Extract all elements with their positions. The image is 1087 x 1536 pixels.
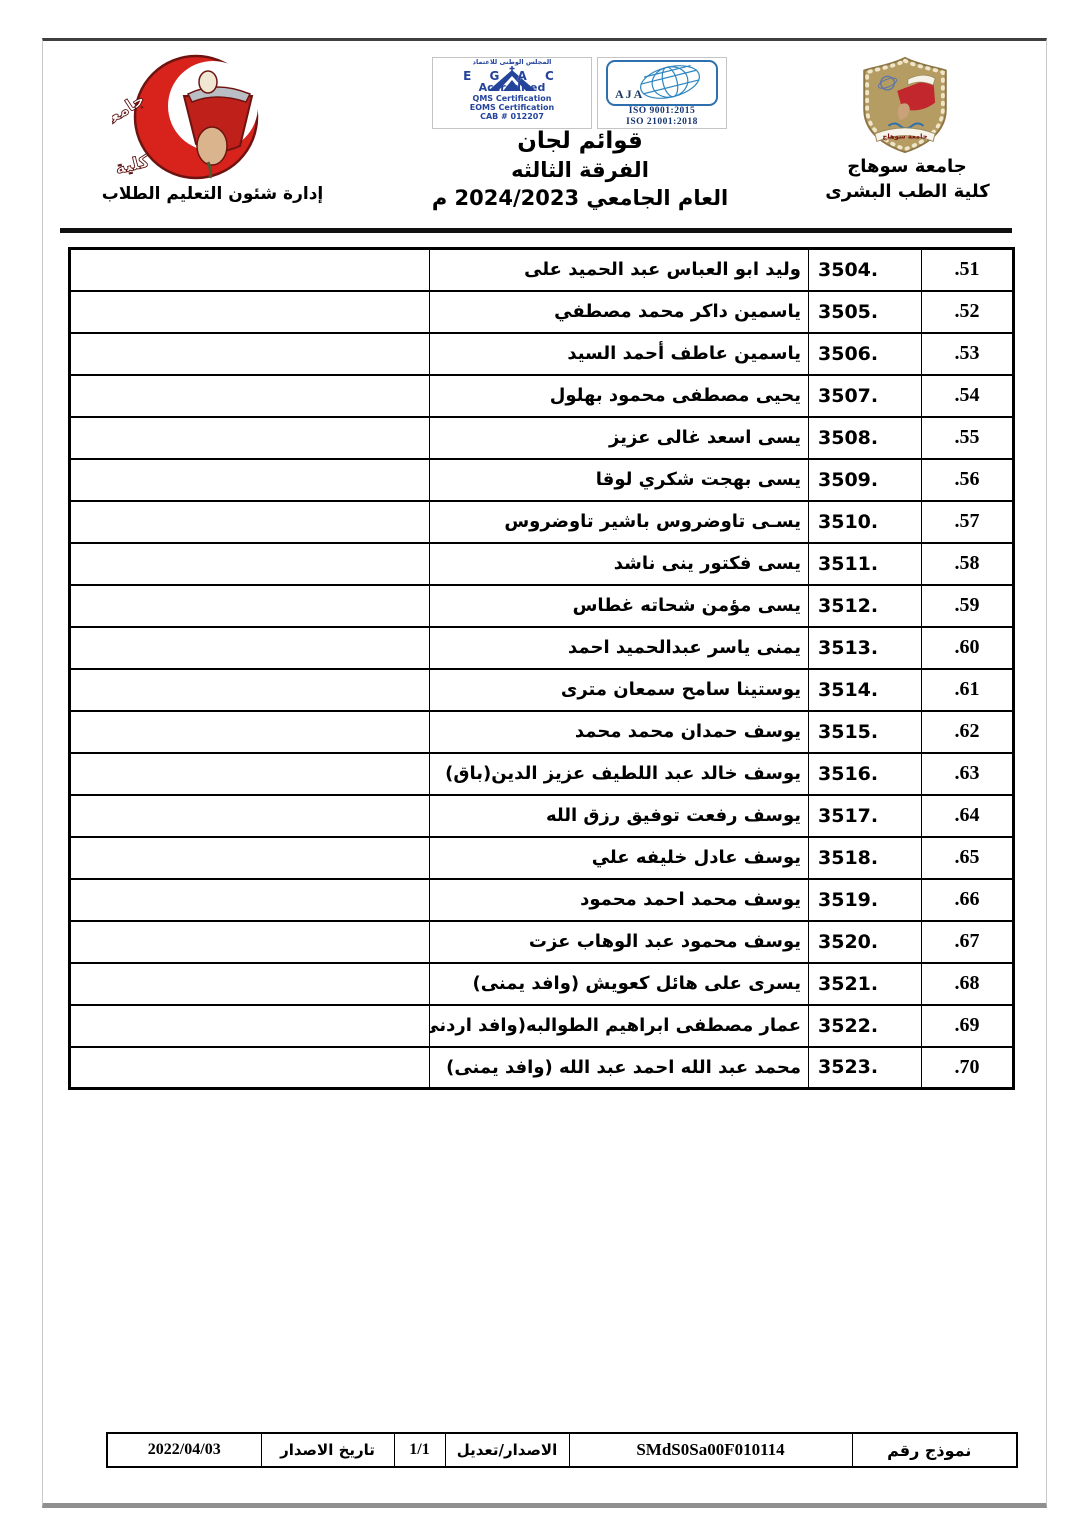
name-cell: يسى مؤمن شحاته غطاس [430,585,809,627]
id-cell: 3516. [809,753,922,795]
revision-value: 1/1 [394,1433,445,1467]
empty-cell [70,249,430,291]
name-cell: يوسف محمود عبد الوهاب عزت [430,921,809,963]
name-cell: يمنى ياسر عبدالحميد احمد [430,627,809,669]
aja-iso-9001: ISO 9001:2015 [598,106,726,117]
table-row: 53.3506.ياسمين عاطف أحمد السيد [70,333,1014,375]
id-cell: 3520. [809,921,922,963]
empty-cell [70,753,430,795]
id-cell: 3514. [809,669,922,711]
form-number-label: نموذج رقم [852,1433,1017,1467]
header-divider-rule [60,228,1012,233]
name-cell: وليد ابو العباس عبد الحميد على [430,249,809,291]
empty-cell [70,543,430,585]
aja-label: AJA [615,87,644,102]
department-label: إدارة شئون التعليم الطلاب [95,184,330,204]
table-row: 54.3507.يحيى مصطفى محمود بهلول [70,375,1014,417]
empty-cell [70,585,430,627]
egac-eoms-line: EOMS Certification [433,103,591,112]
serial-cell: 58. [922,543,1014,585]
table-row: 62.3515.يوسف حمدان محمد محمد [70,711,1014,753]
id-cell: 3508. [809,417,922,459]
issue-date-label: تاريخ الاصدار [261,1433,394,1467]
id-cell: 3521. [809,963,922,1005]
revision-label: الاصدار/تعديل [445,1433,569,1467]
id-cell: 3515. [809,711,922,753]
id-cell: 3522. [809,1005,922,1047]
aja-iso-badge: AJA ISO 9001:2015 ISO 21001:2018 [597,57,727,129]
serial-cell: 52. [922,291,1014,333]
serial-cell: 53. [922,333,1014,375]
empty-cell [70,375,430,417]
table-row: 65.3518.يوسف عادل خليفه علي [70,837,1014,879]
page-title: قوائم لجان [430,128,730,154]
sohag-university-shield-logo: جامعة سوهاج [850,54,960,156]
table-row: 69.3522.عمار مصطفى ابراهيم الطوالبه(وافد… [70,1005,1014,1047]
serial-cell: 59. [922,585,1014,627]
serial-cell: 54. [922,375,1014,417]
id-cell: 3518. [809,837,922,879]
serial-cell: 68. [922,963,1014,1005]
name-cell: يسرى على هائل كعويش (وافد يمنى) [430,963,809,1005]
egac-arc-text: المجلس الوطنى للاعتماد [433,59,591,66]
table-row: 60.3513.يمنى ياسر عبدالحميد احمد [70,627,1014,669]
empty-cell [70,837,430,879]
empty-cell [70,333,430,375]
id-cell: 3517. [809,795,922,837]
name-cell: يسى بهجت شكري لوقا [430,459,809,501]
serial-cell: 64. [922,795,1014,837]
empty-cell [70,879,430,921]
roster-body: 51.3504.وليد ابو العباس عبد الحميد على52… [70,249,1014,1089]
name-cell: يوسف رفعت توفيق رزق الله [430,795,809,837]
form-number-value: SMdS0Sa00F010114 [569,1433,852,1467]
table-row: 58.3511.يسى فكتور ينى ناشد [70,543,1014,585]
id-cell: 3507. [809,375,922,417]
document-page: جامعة سوهاج كلية الطب إدارة شئون التعليم… [0,0,1087,1536]
empty-cell [70,417,430,459]
id-cell: 3505. [809,291,922,333]
serial-cell: 61. [922,669,1014,711]
name-cell: يوستينا سامح سمعان مترى [430,669,809,711]
egac-accredited-label: Accredited [433,82,591,94]
table-row: 66.3519.يوسف محمد احمد محمود [70,879,1014,921]
name-cell: يسى فكتور ينى ناشد [430,543,809,585]
aja-globe-box: AJA [606,60,718,106]
sohag-medicine-crescent-logo: جامعة سوهاج كلية الطب [112,50,297,188]
empty-cell [70,963,430,1005]
name-cell: يوسف محمد احمد محمود [430,879,809,921]
serial-cell: 56. [922,459,1014,501]
serial-cell: 63. [922,753,1014,795]
table-row: 52.3505.ياسمين داكر محمد مصطفي [70,291,1014,333]
table-row: 55.3508.يسى اسعد غالى عزيز [70,417,1014,459]
empty-cell [70,669,430,711]
empty-cell [70,501,430,543]
table-row: 51.3504.وليد ابو العباس عبد الحميد على [70,249,1014,291]
table-row: 70.3523.محمد عبد الله احمد عبد الله (واف… [70,1047,1014,1089]
name-cell: يحيى مصطفى محمود بهلول [430,375,809,417]
serial-cell: 69. [922,1005,1014,1047]
empty-cell [70,1047,430,1089]
name-cell: يوسف عادل خليفه علي [430,837,809,879]
university-name: جامعة سوهاج [832,156,982,177]
name-cell: عمار مصطفى ابراهيم الطوالبه(وافد اردنى) [430,1005,809,1047]
table-row: 56.3509.يسى بهجت شكري لوقا [70,459,1014,501]
aja-iso-21001: ISO 21001:2018 [598,117,726,128]
id-cell: 3519. [809,879,922,921]
table-row: 68.3521.يسرى على هائل كعويش (وافد يمنى) [70,963,1014,1005]
serial-cell: 70. [922,1047,1014,1089]
name-cell: يوسف خالد عبد اللطيف عزيز الدين(باق) [430,753,809,795]
id-cell: 3509. [809,459,922,501]
faculty-name: كلية الطب البشرى [825,181,990,202]
name-cell: يوسف حمدان محمد محمد [430,711,809,753]
name-cell: يسى اسعد غالى عزيز [430,417,809,459]
empty-cell [70,1005,430,1047]
id-cell: 3506. [809,333,922,375]
form-info-bar: نموذج رقم SMdS0Sa00F010114 الاصدار/تعديل… [106,1432,1018,1468]
table-row: 59.3512.يسى مؤمن شحاته غطاس [70,585,1014,627]
name-cell: ياسمين داكر محمد مصطفي [430,291,809,333]
name-cell: يسـى تاوضروس باشير تاوضروس [430,501,809,543]
serial-cell: 62. [922,711,1014,753]
id-cell: 3523. [809,1047,922,1089]
id-cell: 3511. [809,543,922,585]
id-cell: 3512. [809,585,922,627]
egac-accredited-badge: المجلس الوطنى للاعتماد E G A C Accredite… [432,57,592,129]
grade-title: الفرقة الثالثه [430,158,730,182]
table-row: 61.3514.يوستينا سامح سمعان مترى [70,669,1014,711]
egac-cab-line: CAB # 012207 [433,112,591,121]
table-row: 64.3517.يوسف رفعت توفيق رزق الله [70,795,1014,837]
issue-date-value: 2022/04/03 [107,1433,261,1467]
serial-cell: 67. [922,921,1014,963]
empty-cell [70,459,430,501]
id-cell: 3513. [809,627,922,669]
serial-cell: 66. [922,879,1014,921]
egac-qms-line: QMS Certification [433,94,591,103]
shield-banner-text: جامعة سوهاج [882,133,927,141]
empty-cell [70,627,430,669]
crescent-logo-bottom-text: كلية الطب [112,151,151,188]
id-cell: 3504. [809,249,922,291]
id-cell: 3510. [809,501,922,543]
name-cell: محمد عبد الله احمد عبد الله (وافد يمنى) [430,1047,809,1089]
empty-cell [70,921,430,963]
serial-cell: 55. [922,417,1014,459]
table-row: 63.3516.يوسف خالد عبد اللطيف عزيز الدين(… [70,753,1014,795]
name-cell: ياسمين عاطف أحمد السيد [430,333,809,375]
table-row: 67.3520.يوسف محمود عبد الوهاب عزت [70,921,1014,963]
empty-cell [70,291,430,333]
form-info-row: نموذج رقم SMdS0Sa00F010114 الاصدار/تعديل… [107,1433,1017,1467]
empty-cell [70,795,430,837]
roster-table: 51.3504.وليد ابو العباس عبد الحميد على52… [68,247,1015,1090]
serial-cell: 65. [922,837,1014,879]
empty-cell [70,711,430,753]
serial-cell: 60. [922,627,1014,669]
serial-cell: 57. [922,501,1014,543]
academic-year-title: العام الجامعي 2024/2023 م [400,186,760,210]
table-row: 57.3510.يسـى تاوضروس باشير تاوضروس [70,501,1014,543]
serial-cell: 51. [922,249,1014,291]
